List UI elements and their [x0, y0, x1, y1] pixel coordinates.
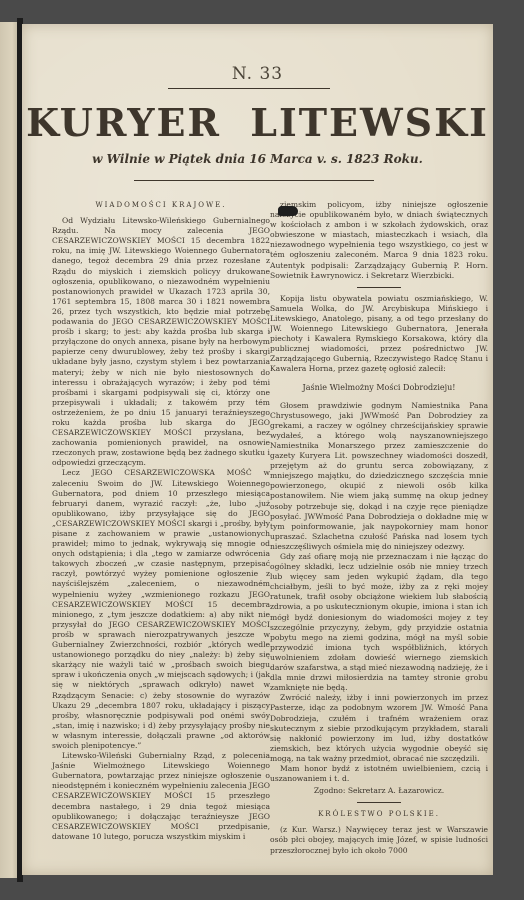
section-divider — [357, 287, 401, 288]
right-column: ziemskim policyom, iżby niniejsze ogłosz… — [270, 200, 488, 856]
article-paragraph: Lecz JEGO CESARZEWICZOWSKA MOŚĆ w zalece… — [52, 468, 270, 751]
article-paragraph: ziemskim policyom, iżby niniejsze ogłosz… — [270, 200, 488, 281]
letter-salutation: Jaśnie Wielmożny Mości Dobrodzieju! — [270, 383, 488, 393]
section-divider — [357, 802, 401, 803]
dateline: w Wilnie w Piątek dnia 16 Marca v. s. 18… — [22, 152, 493, 166]
article-paragraph: (z Kur. Warsz.) Naywięcey teraz jest w W… — [270, 825, 488, 855]
left-column: WIADOMOŚCI KRAJOWE. Od Wydziału Litewsko… — [52, 200, 270, 842]
signature: Zgodno: Sekretarz A. Łazarowicz. — [270, 786, 488, 796]
ink-blot-mark — [278, 206, 298, 216]
newspaper-title: KURYER LITEWSKI — [22, 100, 493, 145]
letter-intro: Kopija listu obywatela powiatu oszmiańsk… — [270, 294, 488, 375]
masthead-rule-bottom — [134, 180, 374, 181]
article-paragraph: Litewsko-Wileński Gubernialny Rząd, z po… — [52, 751, 270, 842]
letter-paragraph: Gdy zaś ofiarę moją nie przeznaczam i ni… — [270, 552, 488, 693]
section-heading-domestic-news: WIADOMOŚCI KRAJOWE. — [52, 200, 270, 210]
section-heading-kingdom-of-poland: KRÓLESTWO POLSKIE. — [270, 809, 488, 819]
article-paragraph: Od Wydziału Litewsko-Wileńskiego Guberni… — [52, 216, 270, 468]
letter-closing: Mam honor bydź z istotném uwielbieniem, … — [270, 764, 488, 784]
masthead-rule-top — [168, 88, 330, 89]
letter-paragraph: Głosem prawdziwie godnym Namiestnika Pan… — [270, 401, 488, 552]
newspaper-page: N. 33 KURYER LITEWSKI w Wilnie w Piątek … — [22, 24, 493, 875]
issue-number: N. 33 — [22, 64, 493, 84]
letter-paragraph: Zwrócić należy, iżby i inni powierzonych… — [270, 693, 488, 764]
